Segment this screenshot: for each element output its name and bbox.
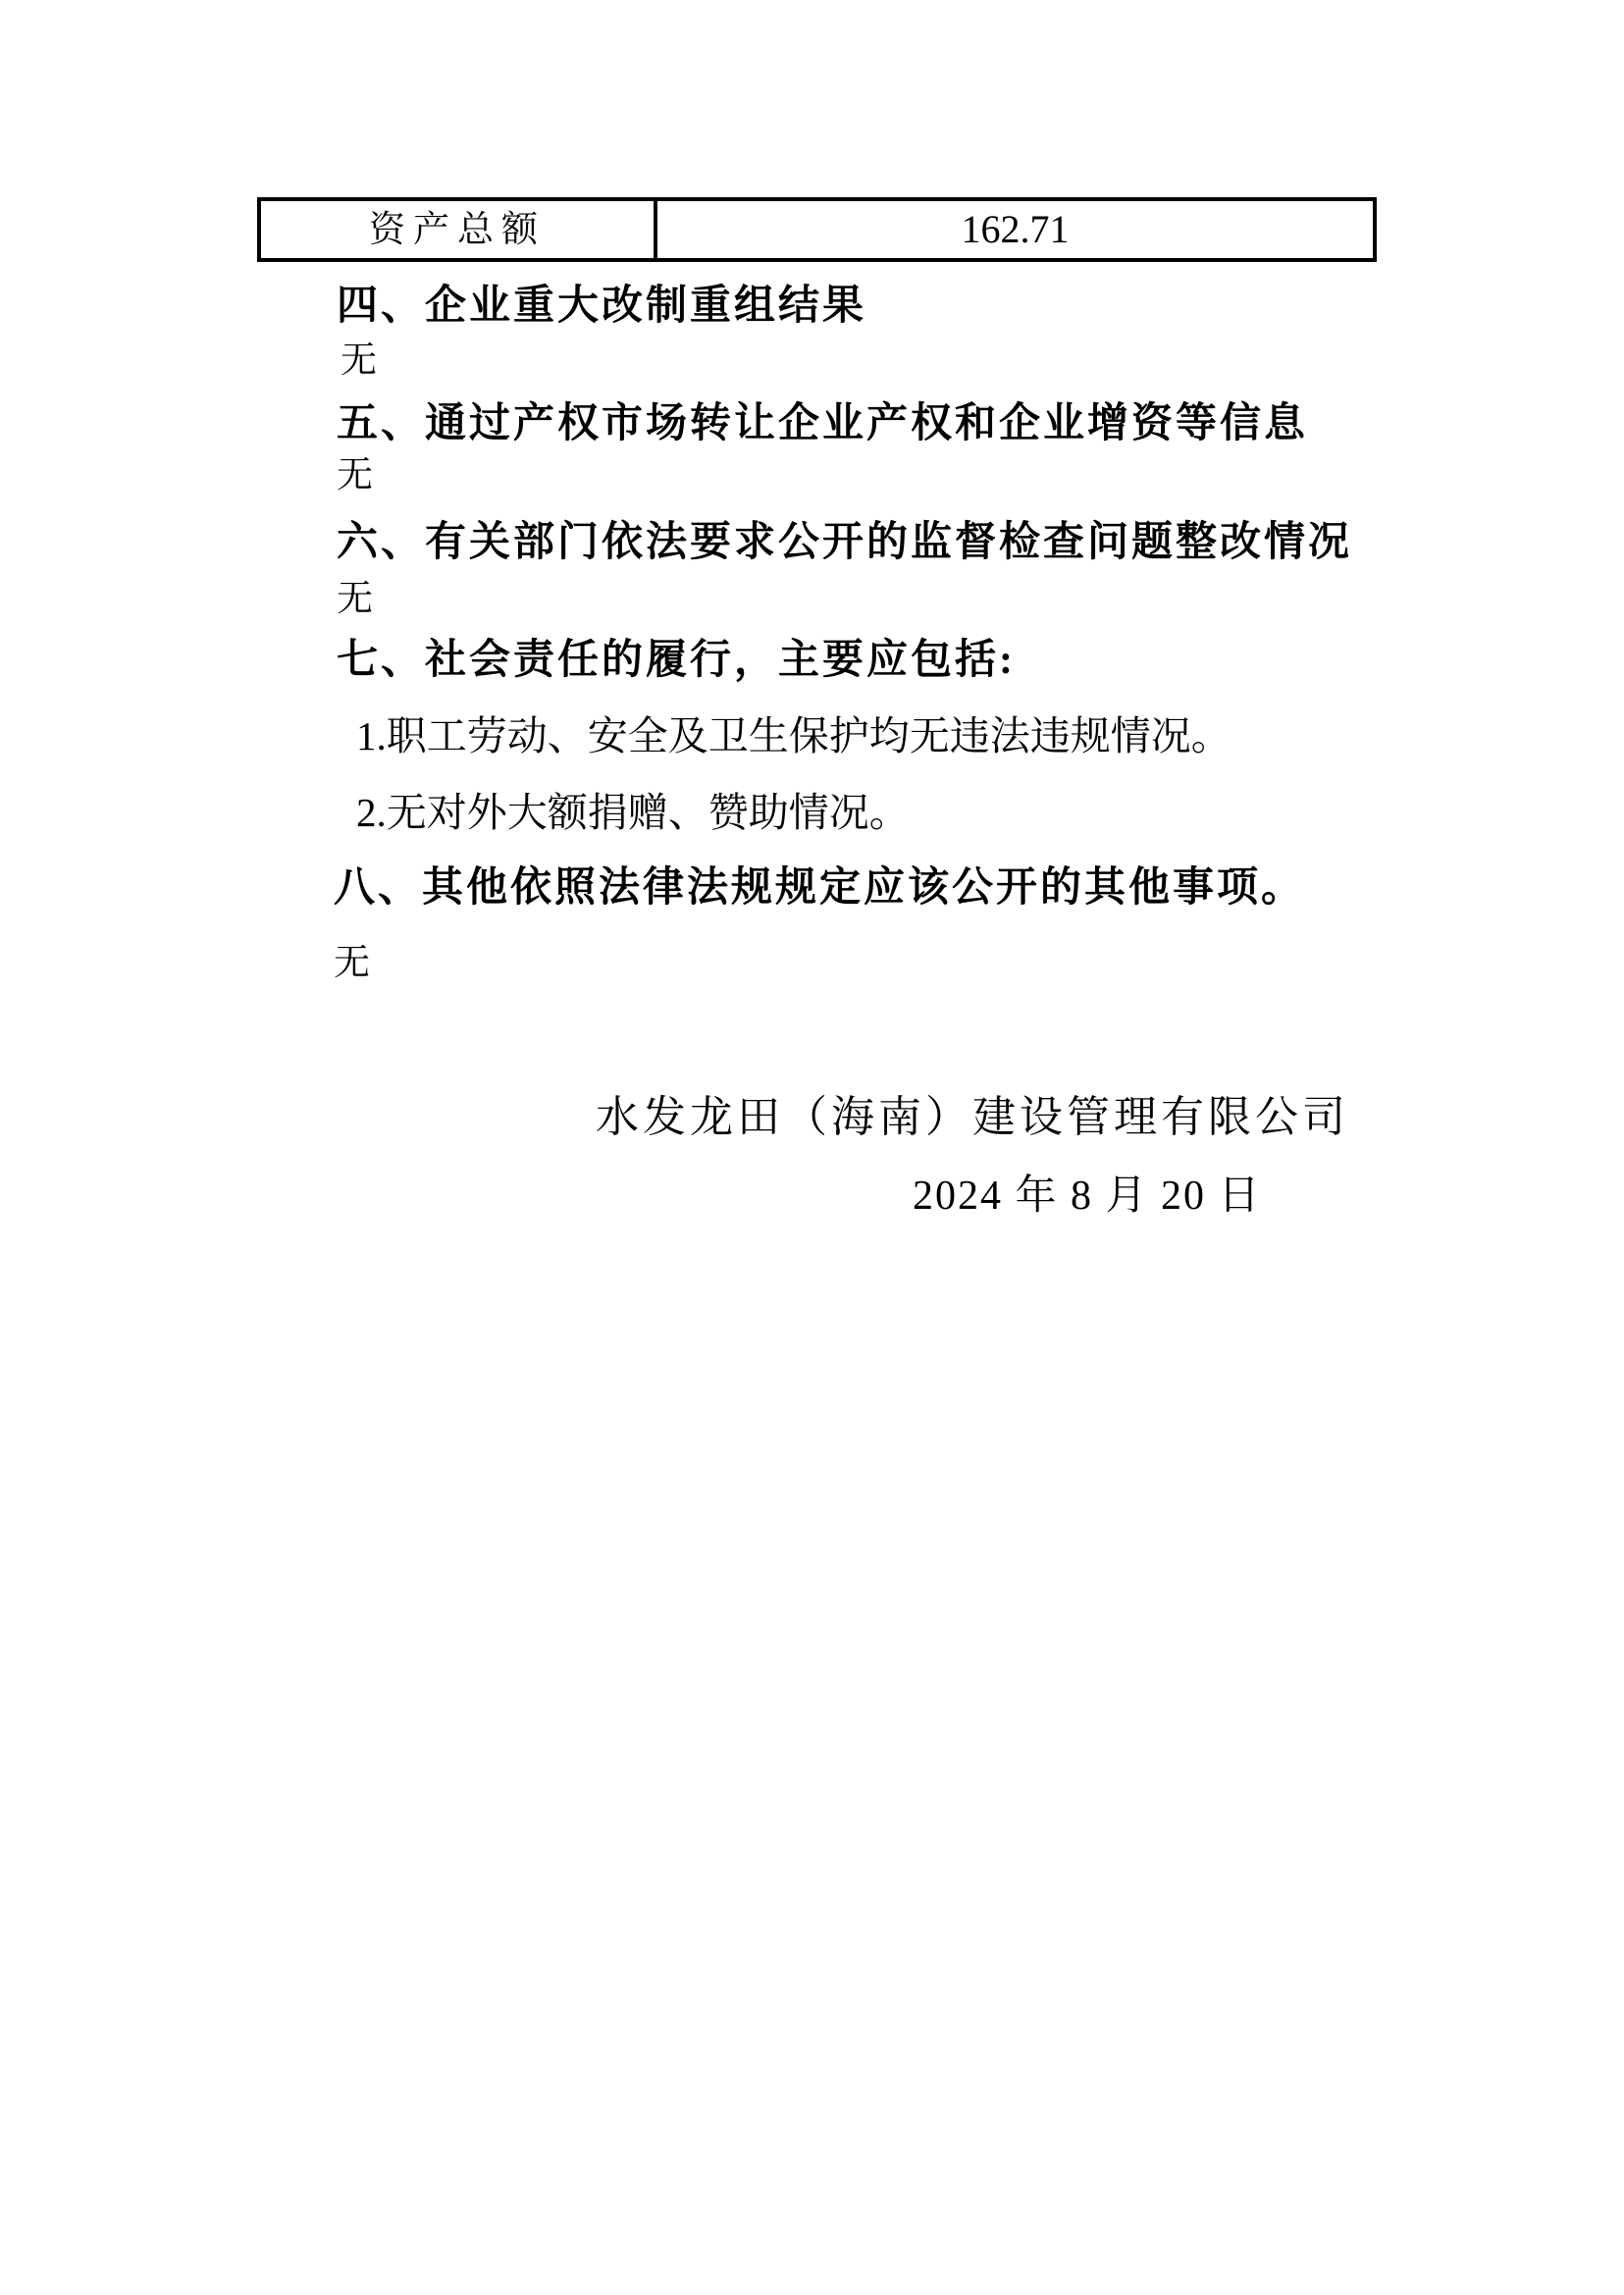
section-5-heading: 五、通过产权市场转让企业产权和企业增资等信息 <box>337 403 1308 444</box>
section-8-heading: 八、其他依照法律法规规定应该公开的其他事项。 <box>334 867 1305 909</box>
section-4-body: 无 <box>341 342 377 379</box>
asset-total-label-cell: 资产总额 <box>261 201 657 258</box>
section-7-item-1: 1.职工劳动、安全及卫生保护均无违法违规情况。 <box>356 716 1231 756</box>
section-4-heading: 四、企业重大改制重组结果 <box>337 286 866 327</box>
asset-total-value-cell: 162.71 <box>657 201 1373 258</box>
signature-date: 2024 年 8 月 20 日 <box>913 1175 1262 1217</box>
document-page: 资产总额 162.71 四、企业重大改制重组结果 无 五、通过产权市场转让企业产… <box>0 0 1624 2295</box>
section-7-heading: 七、社会责任的履行，主要应包括: <box>337 640 1016 681</box>
section-8-body: 无 <box>334 945 370 981</box>
asset-total-table: 资产总额 162.71 <box>257 197 1377 262</box>
section-6-body: 无 <box>337 581 373 617</box>
section-6-heading: 六、有关部门依法要求公开的监督检查问题整改情况 <box>337 522 1352 563</box>
section-5-body: 无 <box>337 457 373 494</box>
signature-company: 水发龙田（海南）建设管理有限公司 <box>596 1096 1349 1139</box>
section-7-item-2: 2.无对外大额捐赠、赞助情况。 <box>356 793 910 833</box>
